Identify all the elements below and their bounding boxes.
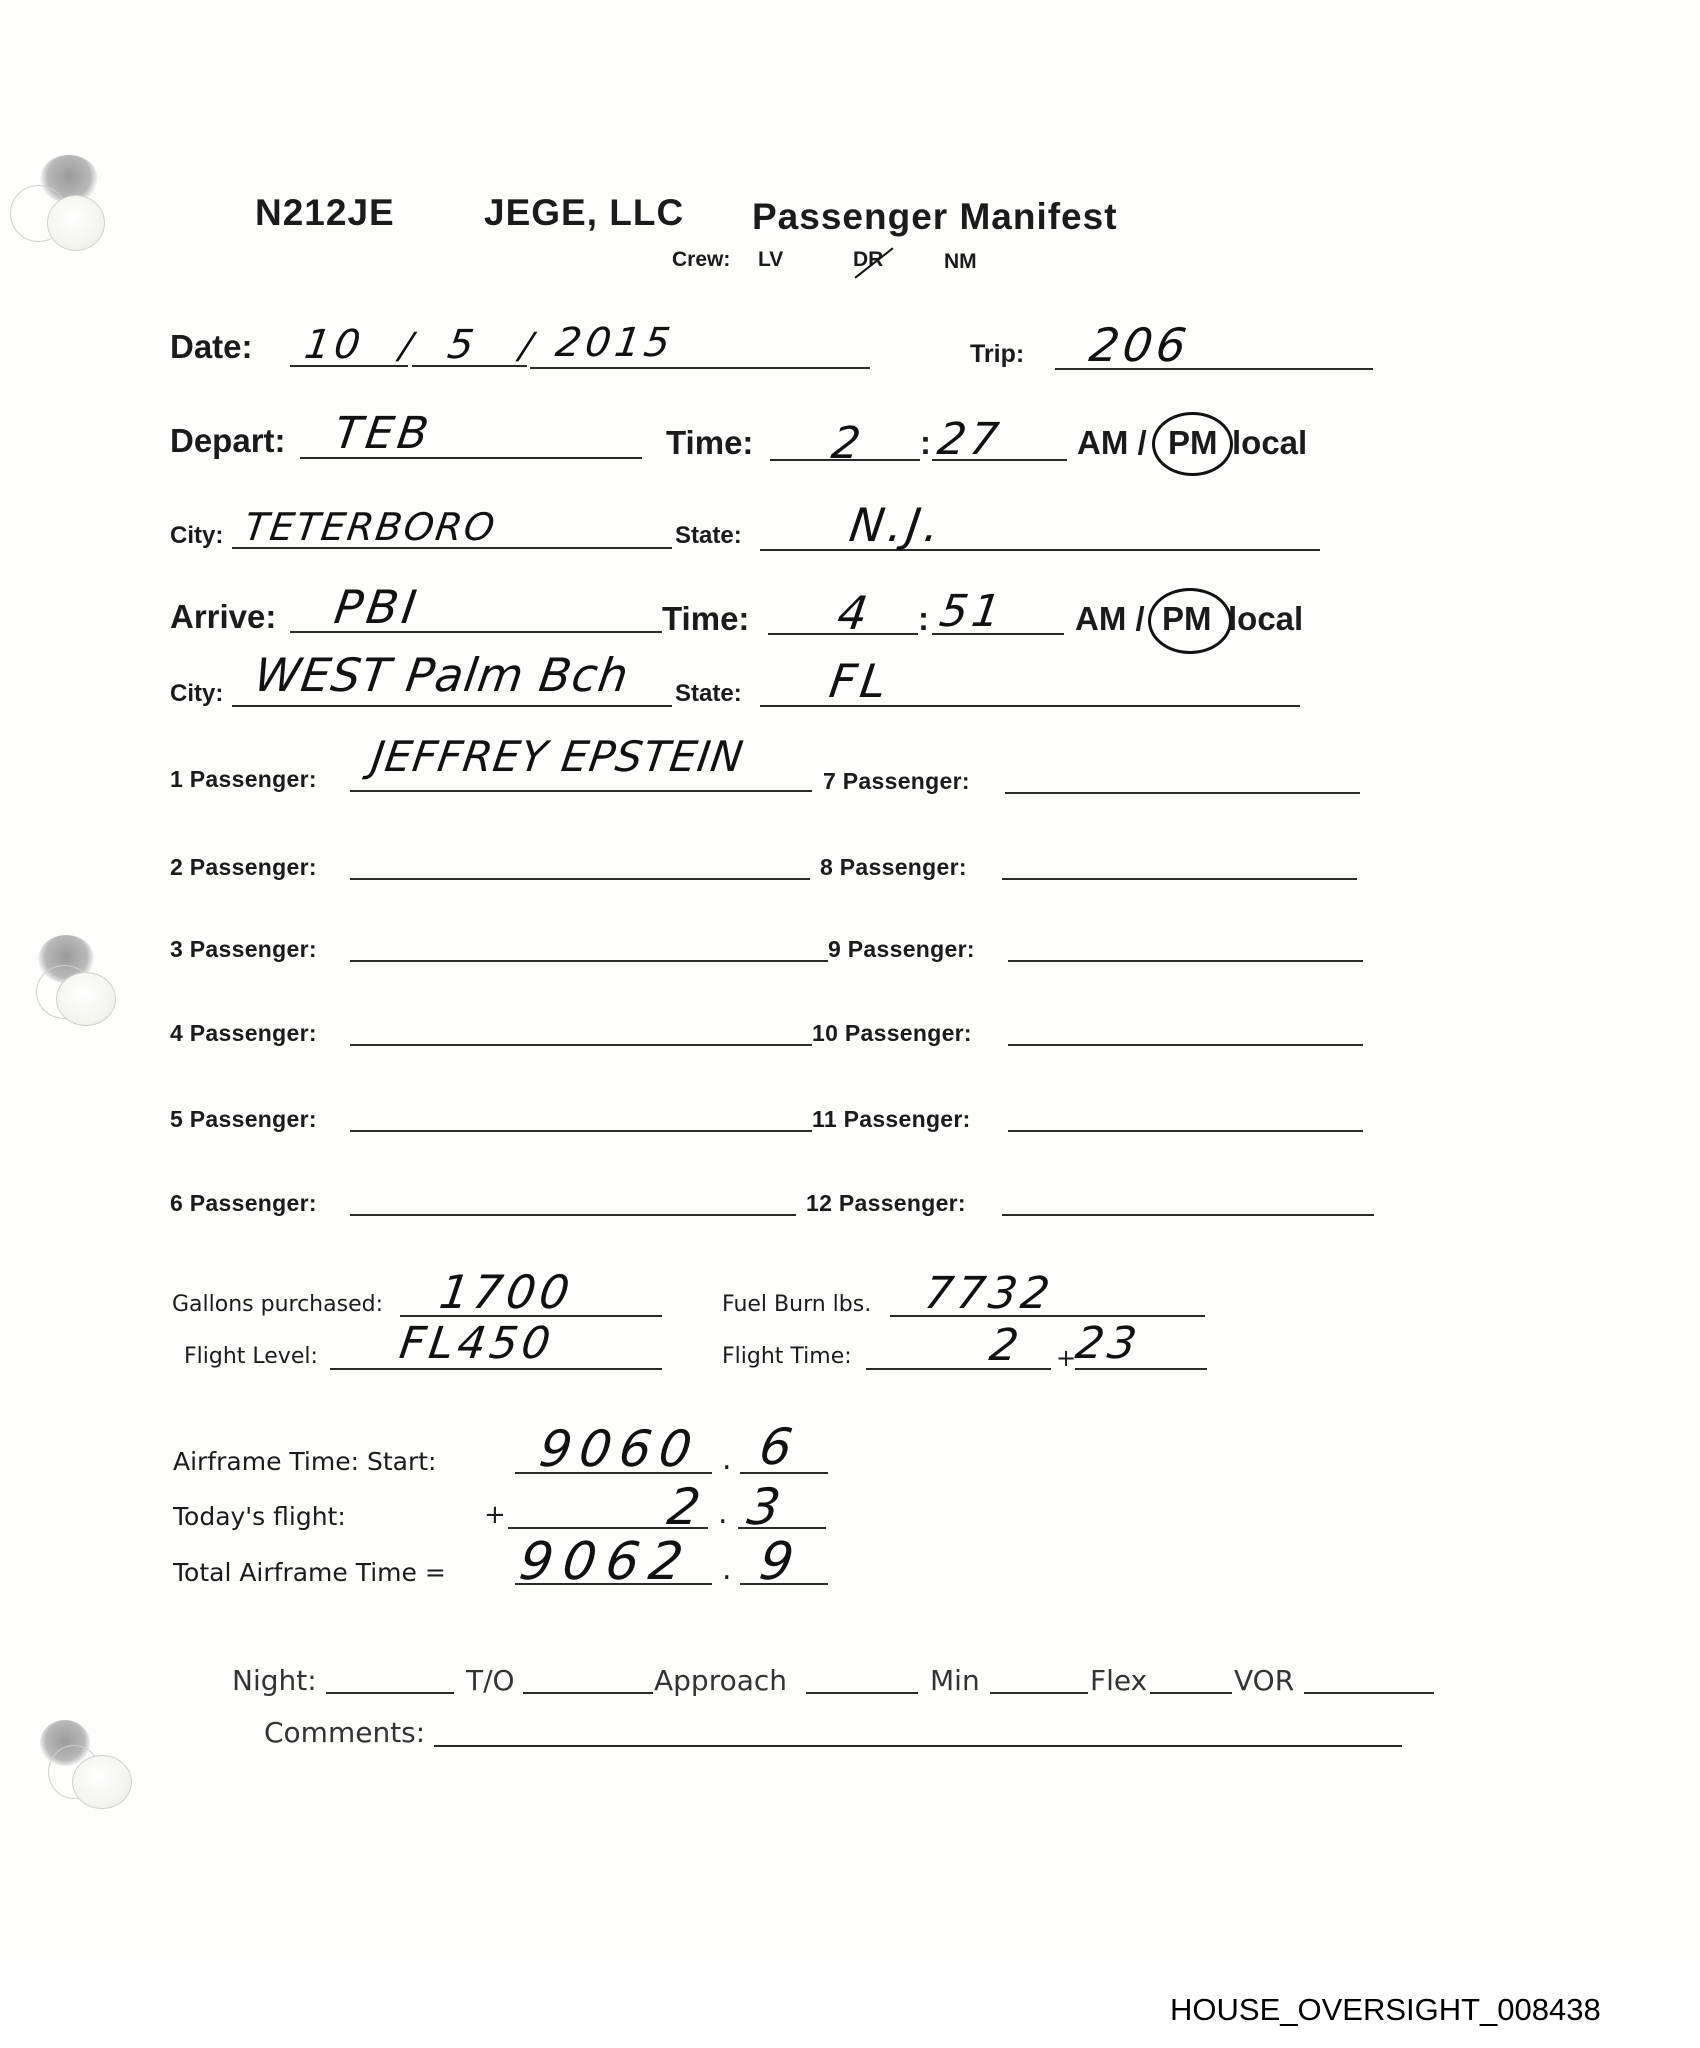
passenger-1-field[interactable] xyxy=(350,790,812,792)
manifest-page: N212JE JEGE, LLC Passenger Manifest Crew… xyxy=(0,0,1700,1960)
airframe-start-label: Airframe Time: Start: xyxy=(173,1447,436,1476)
arrive-am-option[interactable]: AM / xyxy=(1075,600,1145,638)
crew-nm: NM xyxy=(944,250,977,274)
todays-flight-plus: + xyxy=(484,1500,506,1530)
passenger-1-label: 1 Passenger: xyxy=(170,766,317,793)
arrive-state-label: State: xyxy=(675,680,742,708)
todays-flight-dot: . xyxy=(718,1496,728,1531)
depart-state-field[interactable] xyxy=(760,549,1320,551)
passenger-8-label: 8 Passenger: xyxy=(820,854,967,881)
date-sep-2: / xyxy=(517,326,539,367)
passenger-5-field[interactable] xyxy=(350,1130,812,1132)
gallons-label: Gallons purchased: xyxy=(172,1292,383,1317)
arrive-pm-circle xyxy=(1148,588,1232,654)
passenger-6-label: 6 Passenger: xyxy=(170,1190,317,1217)
passenger-8-field[interactable] xyxy=(1002,878,1357,880)
comments-field[interactable] xyxy=(434,1745,1402,1747)
arrive-label: Arrive: xyxy=(170,598,276,636)
total-airframe-dot: . xyxy=(722,1552,732,1587)
depart-pm-circle xyxy=(1152,412,1233,476)
total-airframe-whole-value: 9062 xyxy=(516,1532,697,1592)
flight-time-hours-value: 2 xyxy=(986,1320,1025,1371)
depart-state-label: State: xyxy=(675,522,742,550)
hole-punch-1 xyxy=(47,195,105,251)
tail-number: N212JE xyxy=(255,192,395,234)
arrive-colon: : xyxy=(918,600,929,638)
arrive-value: PBI xyxy=(331,580,423,634)
depart-value: TEB xyxy=(331,408,435,459)
to-label: T/O xyxy=(466,1664,515,1697)
crew-lv: LV xyxy=(758,248,783,272)
arrive-city-value: WEST Palm Bch xyxy=(251,648,632,702)
airframe-start-whole-value: 9060 xyxy=(536,1420,703,1478)
passenger-5-label: 5 Passenger: xyxy=(170,1106,317,1133)
arrive-minute-value: 51 xyxy=(936,586,1007,637)
flight-time-minutes-value: 23 xyxy=(1072,1318,1143,1369)
form-title: Passenger Manifest xyxy=(752,196,1118,238)
passenger-10-field[interactable] xyxy=(1008,1044,1363,1046)
passenger-4-field[interactable] xyxy=(350,1044,812,1046)
passenger-3-field[interactable] xyxy=(350,960,828,962)
bates-number: HOUSE_OVERSIGHT_008438 xyxy=(1170,1992,1601,2028)
vor-label: VOR xyxy=(1234,1664,1294,1697)
arrive-city-label: City: xyxy=(170,680,223,708)
flight-time-label: Flight Time: xyxy=(722,1344,852,1369)
flight-time-hours-field[interactable] xyxy=(866,1368,1051,1370)
airframe-start-dot: . xyxy=(722,1442,732,1477)
passenger-4-label: 4 Passenger: xyxy=(170,1020,317,1047)
arrive-time-label: Time: xyxy=(662,600,749,638)
passenger-2-field[interactable] xyxy=(350,878,810,880)
date-year-field[interactable] xyxy=(530,367,870,369)
min-label: Min xyxy=(930,1664,980,1697)
trip-label: Trip: xyxy=(970,340,1024,369)
passenger-1-value: JEFFREY EPSTEIN xyxy=(369,732,747,781)
airframe-start-dec-value: 6 xyxy=(756,1418,800,1476)
depart-colon: : xyxy=(920,424,931,462)
passenger-2-label: 2 Passenger: xyxy=(170,854,317,881)
fuel-burn-label: Fuel Burn lbs. xyxy=(722,1292,871,1317)
flex-field[interactable] xyxy=(1150,1692,1232,1694)
arrive-city-field[interactable] xyxy=(232,705,672,707)
depart-city-label: City: xyxy=(170,522,223,550)
to-field[interactable] xyxy=(523,1692,653,1694)
date-month-value: 10 xyxy=(302,322,367,368)
hole-punch-2 xyxy=(56,972,116,1026)
passenger-9-label: 9 Passenger: xyxy=(828,936,975,963)
passenger-3-label: 3 Passenger: xyxy=(170,936,317,963)
company-name: JEGE, LLC xyxy=(484,192,684,234)
depart-state-value: N.J. xyxy=(846,498,947,552)
crew-label: Crew: xyxy=(672,248,730,272)
approach-field[interactable] xyxy=(806,1692,918,1694)
depart-local-label: local xyxy=(1232,424,1307,462)
passenger-12-label: 12 Passenger: xyxy=(806,1190,966,1217)
gallons-value: 1700 xyxy=(436,1265,577,1319)
todays-flight-label: Today's flight: xyxy=(173,1502,346,1531)
date-year-value: 2015 xyxy=(553,320,677,366)
depart-city-value: TETERBORO xyxy=(242,505,499,549)
arrive-local-label: local xyxy=(1228,600,1303,638)
flight-level-label: Flight Level: xyxy=(184,1344,318,1369)
night-label: Night: xyxy=(232,1664,317,1697)
arrive-state-value: FL xyxy=(826,654,894,708)
vor-field[interactable] xyxy=(1304,1692,1434,1694)
passenger-11-field[interactable] xyxy=(1008,1130,1363,1132)
arrive-hour-value: 4 xyxy=(834,586,875,640)
night-field[interactable] xyxy=(326,1692,454,1694)
flight-level-value: FL450 xyxy=(396,1318,557,1369)
date-sep-1: / xyxy=(397,326,419,367)
comments-label: Comments: xyxy=(264,1716,425,1749)
passenger-7-label: 7 Passenger: xyxy=(823,768,970,795)
depart-am-option[interactable]: AM / xyxy=(1077,424,1147,462)
date-day-value: 5 xyxy=(445,322,481,368)
depart-time-label: Time: xyxy=(666,424,753,462)
depart-label: Depart: xyxy=(170,422,286,460)
passenger-12-field[interactable] xyxy=(1002,1214,1374,1216)
passenger-11-label: 11 Passenger: xyxy=(812,1106,971,1133)
depart-hour-value: 2 xyxy=(828,418,867,469)
passenger-6-field[interactable] xyxy=(350,1214,796,1216)
flex-label: Flex xyxy=(1090,1664,1147,1697)
trip-value: 206 xyxy=(1086,318,1193,372)
depart-minute-value: 27 xyxy=(934,414,1005,465)
hole-punch-3 xyxy=(72,1755,132,1809)
passenger-10-label: 10 Passenger: xyxy=(812,1020,972,1047)
date-label: Date: xyxy=(170,328,253,366)
min-field[interactable] xyxy=(990,1692,1088,1694)
fuel-burn-value: 7732 xyxy=(921,1268,1056,1319)
approach-label: Approach xyxy=(654,1664,787,1697)
total-airframe-label: Total Airframe Time = xyxy=(173,1558,446,1587)
passenger-7-field[interactable] xyxy=(1005,792,1360,794)
passenger-9-field[interactable] xyxy=(1008,960,1363,962)
